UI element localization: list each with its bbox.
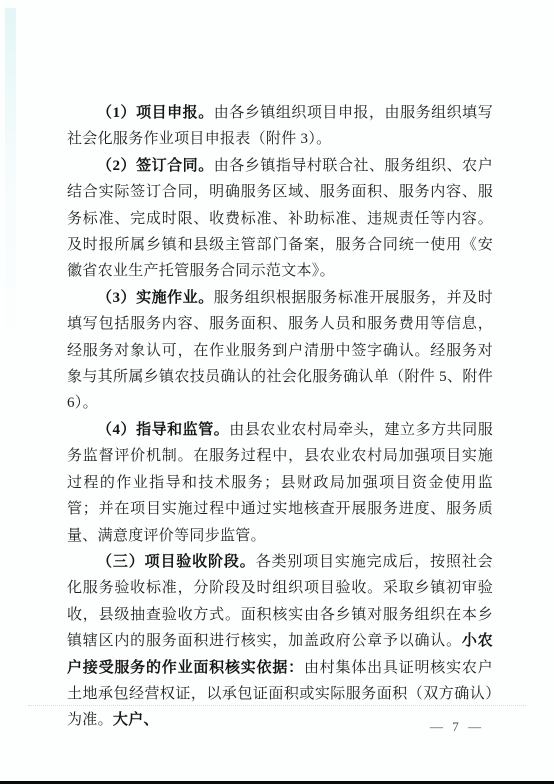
- paragraph: （2）签订合同。由各乡镇指导村联合社、服务组织、农户结合实际签订合同，明确服务区…: [67, 153, 493, 285]
- paragraph-segment: 由各乡镇指导村联合社、服务组织、农户结合实际签订合同，明确服务区域、服务面积、服…: [67, 158, 493, 280]
- paragraph-segment-bold: （三）项目验收阶段。: [97, 554, 256, 570]
- paragraph-segment-bold: （2）签订合同。: [97, 158, 214, 174]
- scan-artifact-left-strip: [5, 8, 16, 338]
- paragraph-segment: 服务组织根据服务标准开展服务，并及时填写包括服务内容、服务面积、服务人员和服务费…: [67, 290, 493, 412]
- paragraph-segment: 由县农业农村局牵头，建立多方共同服务监督评价机制。在服务过程中，县农业农村局加强…: [67, 422, 493, 544]
- paragraph-segment-bold: （3）实施作业。: [97, 290, 214, 306]
- paragraph-segment-bold: 大户、: [113, 712, 159, 728]
- paragraph-segment-bold: （1）项目申报。: [97, 105, 214, 121]
- paragraph-segment-bold: （4）指导和监管。: [97, 422, 229, 438]
- paragraph: （1）项目申报。由各乡镇组织项目申报，由服务组织填写社会化服务作业项目申报表（附…: [67, 100, 493, 153]
- paragraph: （三）项目验收阶段。各类别项目实施完成后，按照社会化服务验收标准，分阶段及时组织…: [67, 549, 493, 734]
- page-number: — 7 —: [430, 719, 484, 735]
- paragraph: （4）指导和监管。由县农业农村局牵头，建立多方共同服务监督评价机制。在服务过程中…: [67, 417, 493, 549]
- document-page: （1）项目申报。由各乡镇组织项目申报，由服务组织填写社会化服务作业项目申报表（附…: [0, 0, 554, 784]
- document-body: （1）项目申报。由各乡镇组织项目申报，由服务组织填写社会化服务作业项目申报表（附…: [67, 100, 493, 734]
- paragraph: （3）实施作业。服务组织根据服务标准开展服务，并及时填写包括服务内容、服务面积、…: [67, 285, 493, 417]
